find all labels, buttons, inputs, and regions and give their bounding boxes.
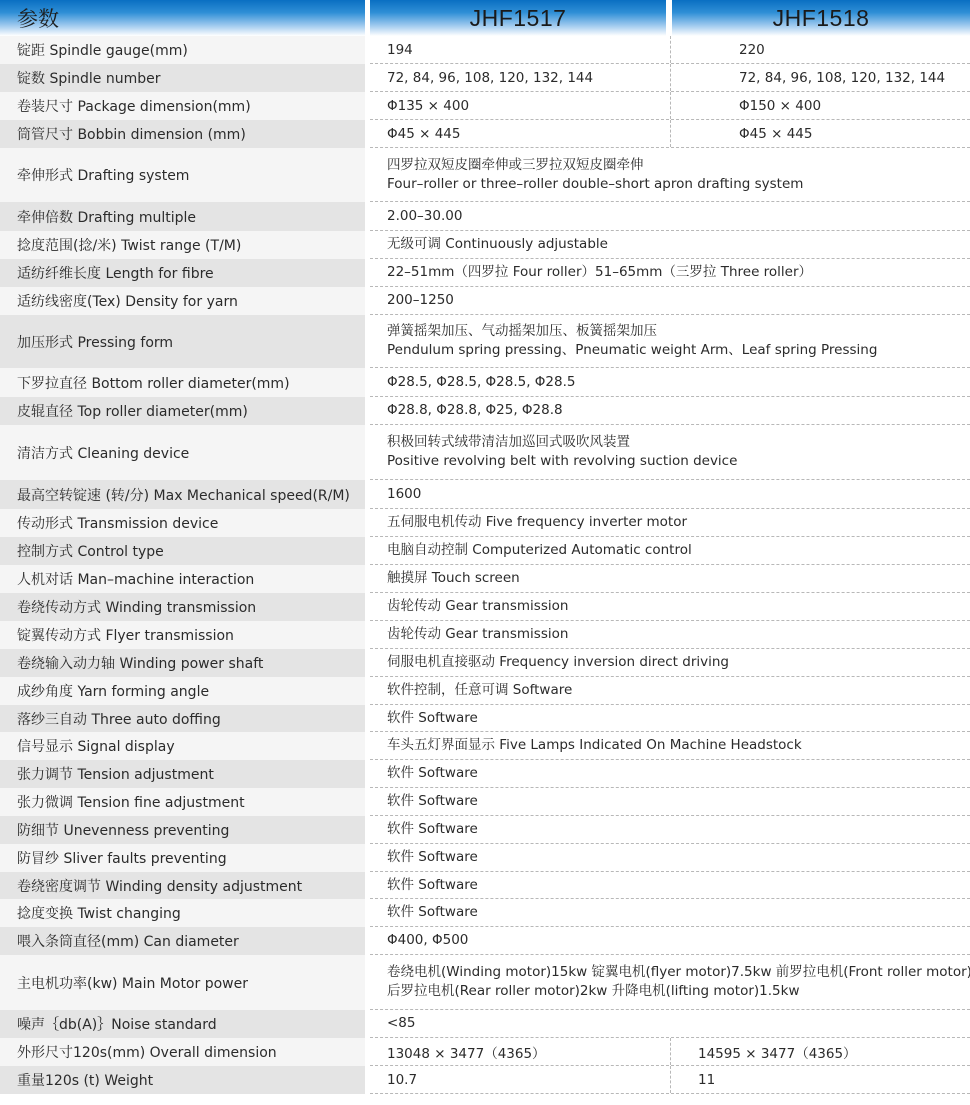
- row-values: 四罗拉双短皮圈牵伸或三罗拉双短皮圈牵伸 Four–roller or three…: [370, 148, 970, 202]
- value-shared: 齿轮传动 Gear transmission: [387, 593, 970, 620]
- value-shared: Φ400, Φ500: [387, 927, 970, 954]
- model-header-jhf1517: JHF1517: [370, 0, 666, 36]
- table-row: 成纱角度 Yarn forming angle 软件控制，任意可调 Softwa…: [0, 677, 970, 705]
- value-shared: 软件 Software: [387, 844, 970, 871]
- row-values: 194 220: [370, 36, 970, 64]
- row-values: Φ400, Φ500: [370, 927, 970, 955]
- table-header: 参数 JHF1517 JHF1518: [0, 0, 970, 36]
- value-text: 22–51mm（四罗拉 Four roller）51–65mm（三罗拉 Thre…: [387, 263, 970, 282]
- value-text: 软件 Software: [387, 792, 970, 811]
- row-values: 触摸屏 Touch screen: [370, 565, 970, 593]
- table-row: 捻度范围(捻/米) Twist range (T/M) 无级可调 Continu…: [0, 231, 970, 259]
- row-values: 22–51mm（四罗拉 Four roller）51–65mm（三罗拉 Thre…: [370, 259, 970, 287]
- model-header-jhf1518: JHF1518: [672, 0, 970, 36]
- value-shared: 五伺服电机传动 Five frequency inverter motor: [387, 509, 970, 536]
- table-row: 落纱三自动 Three auto doffing 软件 Software: [0, 705, 970, 732]
- row-label: 外形尺寸120s(mm) Overall dimension: [0, 1038, 365, 1066]
- value-text: 1600: [387, 485, 970, 504]
- table-row: 防细节 Unevenness preventing 软件 Software: [0, 816, 970, 844]
- value-shared: 软件 Software: [387, 899, 970, 926]
- value-shared: 四罗拉双短皮圈牵伸或三罗拉双短皮圈牵伸 Four–roller or three…: [387, 148, 970, 201]
- row-values: 软件 Software: [370, 760, 970, 788]
- table-row: 喂入条筒直径(mm) Can diameter Φ400, Φ500: [0, 927, 970, 955]
- row-label: 重量120s (t) Weight: [0, 1066, 365, 1094]
- row-label: 加压形式 Pressing form: [0, 315, 365, 368]
- value-shared: 软件控制，任意可调 Software: [387, 677, 970, 704]
- value-text: <85: [387, 1014, 970, 1033]
- value-text: Φ28.8, Φ28.8, Φ25, Φ28.8: [387, 401, 970, 420]
- value-shared: 软件 Software: [387, 816, 970, 843]
- row-values: 软件 Software: [370, 816, 970, 844]
- table-row: 锭数 Spindle number 72, 84, 96, 108, 120, …: [0, 64, 970, 92]
- table-row: 清洁方式 Cleaning device 积极回转式绒带清洁加巡回式吸吹风装置 …: [0, 425, 970, 480]
- value-text: 触摸屏 Touch screen: [387, 569, 970, 588]
- value-text: 软件 Software: [387, 709, 970, 728]
- table-row: 传动形式 Transmission device 五伺服电机传动 Five fr…: [0, 509, 970, 537]
- row-label: 适纺线密度(Tex) Density for yarn: [0, 287, 365, 315]
- table-row: 人机对话 Man–machine interaction 触摸屏 Touch s…: [0, 565, 970, 593]
- row-label: 噪声｛db(A)｝Noise standard: [0, 1010, 365, 1038]
- row-label: 张力调节 Tension adjustment: [0, 760, 365, 788]
- row-label: 捻度范围(捻/米) Twist range (T/M): [0, 231, 365, 259]
- value-jhf1518: Φ45 × 445: [670, 120, 970, 147]
- value-text: Φ400, Φ500: [387, 931, 970, 950]
- value-shared: 200–1250: [387, 287, 970, 314]
- row-values: 13048 × 3477（4365） 14595 × 3477（4365）: [370, 1038, 970, 1066]
- value-text: 2.00–30.00: [387, 207, 970, 226]
- table-row: 牵伸倍数 Drafting multiple 2.00–30.00: [0, 202, 970, 231]
- row-values: 软件控制，任意可调 Software: [370, 677, 970, 705]
- row-values: 伺服电机直接驱动 Frequency inversion direct driv…: [370, 649, 970, 677]
- table-row: 锭距 Spindle gauge(mm) 194 220: [0, 36, 970, 64]
- row-values: 72, 84, 96, 108, 120, 132, 144 72, 84, 9…: [370, 64, 970, 92]
- row-values: 软件 Software: [370, 788, 970, 816]
- table-row: 适纺纤维长度 Length for fibre 22–51mm（四罗拉 Four…: [0, 259, 970, 287]
- param-header: 参数: [0, 0, 365, 36]
- value-jhf1518: 11: [670, 1066, 970, 1093]
- value-jhf1517: Φ45 × 445: [387, 120, 670, 147]
- value-shared: 1600: [387, 480, 970, 508]
- row-values: Φ45 × 445 Φ45 × 445: [370, 120, 970, 148]
- value-text: 无级可调 Continuously adjustable: [387, 235, 970, 254]
- value-line-en: Positive revolving belt with revolving s…: [387, 452, 970, 471]
- row-label: 卷绕传动方式 Winding transmission: [0, 593, 365, 621]
- row-values: 软件 Software: [370, 872, 970, 899]
- table-row: 噪声｛db(A)｝Noise standard <85: [0, 1010, 970, 1038]
- value-shared: 软件 Software: [387, 705, 970, 731]
- table-row: 卷装尺寸 Package dimension(mm) Φ135 × 400 Φ1…: [0, 92, 970, 120]
- value-line-en: Four–roller or three–roller double–short…: [387, 175, 970, 194]
- row-label: 传动形式 Transmission device: [0, 509, 365, 537]
- row-label: 下罗拉直径 Bottom roller diameter(mm): [0, 368, 365, 397]
- value-jhf1517: 72, 84, 96, 108, 120, 132, 144: [387, 64, 670, 91]
- value-text: 软件控制，任意可调 Software: [387, 681, 970, 700]
- row-values: <85: [370, 1010, 970, 1038]
- row-values: 卷绕电机(Winding motor)15kw 锭翼电机(flyer motor…: [370, 955, 970, 1010]
- row-label: 锭距 Spindle gauge(mm): [0, 36, 365, 64]
- value-line-en: Pendulum spring pressing、Pneumatic weigh…: [387, 341, 970, 360]
- table-row: 捻度变换 Twist changing 软件 Software: [0, 899, 970, 927]
- row-label: 人机对话 Man–machine interaction: [0, 565, 365, 593]
- row-label: 落纱三自动 Three auto doffing: [0, 705, 365, 732]
- value-shared: 车头五灯界面显示 Five Lamps Indicated On Machine…: [387, 732, 970, 759]
- table-row: 张力调节 Tension adjustment 软件 Software: [0, 760, 970, 788]
- value-text: 软件 Software: [387, 848, 970, 867]
- table-row: 卷绕密度调节 Winding density adjustment 软件 Sof…: [0, 872, 970, 899]
- row-values: 积极回转式绒带清洁加巡回式吸吹风装置 Positive revolving be…: [370, 425, 970, 480]
- row-label: 牵伸形式 Drafting system: [0, 148, 365, 202]
- value-jhf1517: Φ135 × 400: [387, 92, 670, 119]
- row-label: 成纱角度 Yarn forming angle: [0, 677, 365, 705]
- table-row: 重量120s (t) Weight 10.7 11: [0, 1066, 970, 1094]
- table-row: 下罗拉直径 Bottom roller diameter(mm) Φ28.5, …: [0, 368, 970, 397]
- value-text: 伺服电机直接驱动 Frequency inversion direct driv…: [387, 653, 970, 672]
- row-values: 五伺服电机传动 Five frequency inverter motor: [370, 509, 970, 537]
- value-shared: Φ28.8, Φ28.8, Φ25, Φ28.8: [387, 397, 970, 424]
- value-line-2: 后罗拉电机(Rear roller motor)2kw 升降电机(lifting…: [387, 982, 970, 1001]
- value-text: 车头五灯界面显示 Five Lamps Indicated On Machine…: [387, 736, 970, 755]
- table-row: 锭翼传动方式 Flyer transmission 齿轮传动 Gear tran…: [0, 621, 970, 649]
- table-row: 皮辊直径 Top roller diameter(mm) Φ28.8, Φ28.…: [0, 397, 970, 425]
- value-shared: 无级可调 Continuously adjustable: [387, 231, 970, 258]
- table-row: 牵伸形式 Drafting system 四罗拉双短皮圈牵伸或三罗拉双短皮圈牵伸…: [0, 148, 970, 202]
- row-label: 控制方式 Control type: [0, 537, 365, 565]
- value-shared: 齿轮传动 Gear transmission: [387, 621, 970, 648]
- table-row: 外形尺寸120s(mm) Overall dimension 13048 × 3…: [0, 1038, 970, 1066]
- value-text: 五伺服电机传动 Five frequency inverter motor: [387, 513, 970, 532]
- table-row: 适纺线密度(Tex) Density for yarn 200–1250: [0, 287, 970, 315]
- value-line-cn: 弹簧摇架加压、气动摇架加压、板簧摇架加压: [387, 322, 970, 341]
- row-values: 软件 Software: [370, 844, 970, 872]
- value-jhf1517: 10.7: [387, 1066, 670, 1093]
- value-text: Φ28.5, Φ28.5, Φ28.5, Φ28.5: [387, 373, 970, 392]
- row-label: 锭翼传动方式 Flyer transmission: [0, 621, 365, 649]
- value-shared: 积极回转式绒带清洁加巡回式吸吹风装置 Positive revolving be…: [387, 425, 970, 479]
- value-text: 软件 Software: [387, 820, 970, 839]
- value-shared: 软件 Software: [387, 872, 970, 898]
- table-row: 卷绕传动方式 Winding transmission 齿轮传动 Gear tr…: [0, 593, 970, 621]
- value-jhf1518: 72, 84, 96, 108, 120, 132, 144: [670, 64, 970, 91]
- value-line-cn: 积极回转式绒带清洁加巡回式吸吹风装置: [387, 433, 970, 452]
- value-text: 齿轮传动 Gear transmission: [387, 625, 970, 644]
- row-values: 2.00–30.00: [370, 202, 970, 231]
- row-values: 车头五灯界面显示 Five Lamps Indicated On Machine…: [370, 732, 970, 760]
- spec-table: 锭距 Spindle gauge(mm) 194 220 锭数 Spindle …: [0, 36, 970, 1094]
- row-values: 软件 Software: [370, 899, 970, 927]
- row-label: 筒管尺寸 Bobbin dimension (mm): [0, 120, 365, 148]
- row-label: 防细节 Unevenness preventing: [0, 816, 365, 844]
- value-shared: <85: [387, 1010, 970, 1037]
- table-row: 筒管尺寸 Bobbin dimension (mm) Φ45 × 445 Φ45…: [0, 120, 970, 148]
- table-row: 信号显示 Signal display 车头五灯界面显示 Five Lamps …: [0, 732, 970, 760]
- value-line-cn: 四罗拉双短皮圈牵伸或三罗拉双短皮圈牵伸: [387, 156, 970, 175]
- row-values: 1600: [370, 480, 970, 509]
- table-row: 主电机功率(kw) Main Motor power 卷绕电机(Winding …: [0, 955, 970, 1010]
- value-shared: 电脑自动控制 Computerized Automatic control: [387, 537, 970, 564]
- row-values: 软件 Software: [370, 705, 970, 732]
- row-label: 清洁方式 Cleaning device: [0, 425, 365, 480]
- value-shared: 伺服电机直接驱动 Frequency inversion direct driv…: [387, 649, 970, 676]
- value-jhf1518: Φ150 × 400: [670, 92, 970, 119]
- row-label: 牵伸倍数 Drafting multiple: [0, 202, 365, 231]
- value-text: 软件 Software: [387, 764, 970, 783]
- row-label: 主电机功率(kw) Main Motor power: [0, 955, 365, 1010]
- row-label: 喂入条筒直径(mm) Can diameter: [0, 927, 365, 955]
- row-values: 弹簧摇架加压、气动摇架加压、板簧摇架加压 Pendulum spring pre…: [370, 315, 970, 368]
- value-shared: 软件 Software: [387, 760, 970, 787]
- row-label: 捻度变换 Twist changing: [0, 899, 365, 927]
- value-shared: 触摸屏 Touch screen: [387, 565, 970, 592]
- row-label: 皮辊直径 Top roller diameter(mm): [0, 397, 365, 425]
- row-label: 卷绕密度调节 Winding density adjustment: [0, 872, 365, 899]
- value-shared: 22–51mm（四罗拉 Four roller）51–65mm（三罗拉 Thre…: [387, 259, 970, 286]
- row-values: 齿轮传动 Gear transmission: [370, 593, 970, 621]
- row-values: 无级可调 Continuously adjustable: [370, 231, 970, 259]
- value-text: 200–1250: [387, 291, 970, 310]
- row-values: Φ28.5, Φ28.5, Φ28.5, Φ28.5: [370, 368, 970, 397]
- table-row: 卷绕输入动力轴 Winding power shaft 伺服电机直接驱动 Fre…: [0, 649, 970, 677]
- row-label: 防冒纱 Sliver faults preventing: [0, 844, 365, 872]
- row-label: 信号显示 Signal display: [0, 732, 365, 760]
- value-shared: Φ28.5, Φ28.5, Φ28.5, Φ28.5: [387, 368, 970, 396]
- row-label: 卷装尺寸 Package dimension(mm): [0, 92, 365, 120]
- row-label: 适纺纤维长度 Length for fibre: [0, 259, 365, 287]
- value-jhf1518: 220: [670, 36, 970, 63]
- table-row: 控制方式 Control type 电脑自动控制 Computerized Au…: [0, 537, 970, 565]
- table-row: 加压形式 Pressing form 弹簧摇架加压、气动摇架加压、板簧摇架加压 …: [0, 315, 970, 368]
- row-label: 张力微调 Tension fine adjustment: [0, 788, 365, 816]
- row-values: Φ28.8, Φ28.8, Φ25, Φ28.8: [370, 397, 970, 425]
- value-line-1: 卷绕电机(Winding motor)15kw 锭翼电机(flyer motor…: [387, 963, 970, 982]
- value-text: 齿轮传动 Gear transmission: [387, 597, 970, 616]
- value-jhf1518: 14595 × 3477（4365）: [670, 1038, 970, 1065]
- value-shared: 弹簧摇架加压、气动摇架加压、板簧摇架加压 Pendulum spring pre…: [387, 315, 970, 367]
- value-text: 软件 Software: [387, 903, 970, 922]
- row-label: 卷绕输入动力轴 Winding power shaft: [0, 649, 365, 677]
- value-shared: 2.00–30.00: [387, 202, 970, 230]
- row-label: 最高空转锭速 (转/分) Max Mechanical speed(R/M): [0, 480, 365, 509]
- table-row: 最高空转锭速 (转/分) Max Mechanical speed(R/M) 1…: [0, 480, 970, 509]
- row-label: 锭数 Spindle number: [0, 64, 365, 92]
- row-values: 200–1250: [370, 287, 970, 315]
- value-jhf1517: 194: [387, 36, 670, 63]
- row-values: Φ135 × 400 Φ150 × 400: [370, 92, 970, 120]
- value-jhf1517: 13048 × 3477（4365）: [387, 1038, 670, 1065]
- row-values: 齿轮传动 Gear transmission: [370, 621, 970, 649]
- value-text: 电脑自动控制 Computerized Automatic control: [387, 541, 970, 560]
- row-values: 电脑自动控制 Computerized Automatic control: [370, 537, 970, 565]
- value-shared: 卷绕电机(Winding motor)15kw 锭翼电机(flyer motor…: [387, 955, 970, 1009]
- value-text: 软件 Software: [387, 876, 970, 895]
- table-row: 张力微调 Tension fine adjustment 软件 Software: [0, 788, 970, 816]
- table-row: 防冒纱 Sliver faults preventing 软件 Software: [0, 844, 970, 872]
- value-shared: 软件 Software: [387, 788, 970, 815]
- row-values: 10.7 11: [370, 1066, 970, 1094]
